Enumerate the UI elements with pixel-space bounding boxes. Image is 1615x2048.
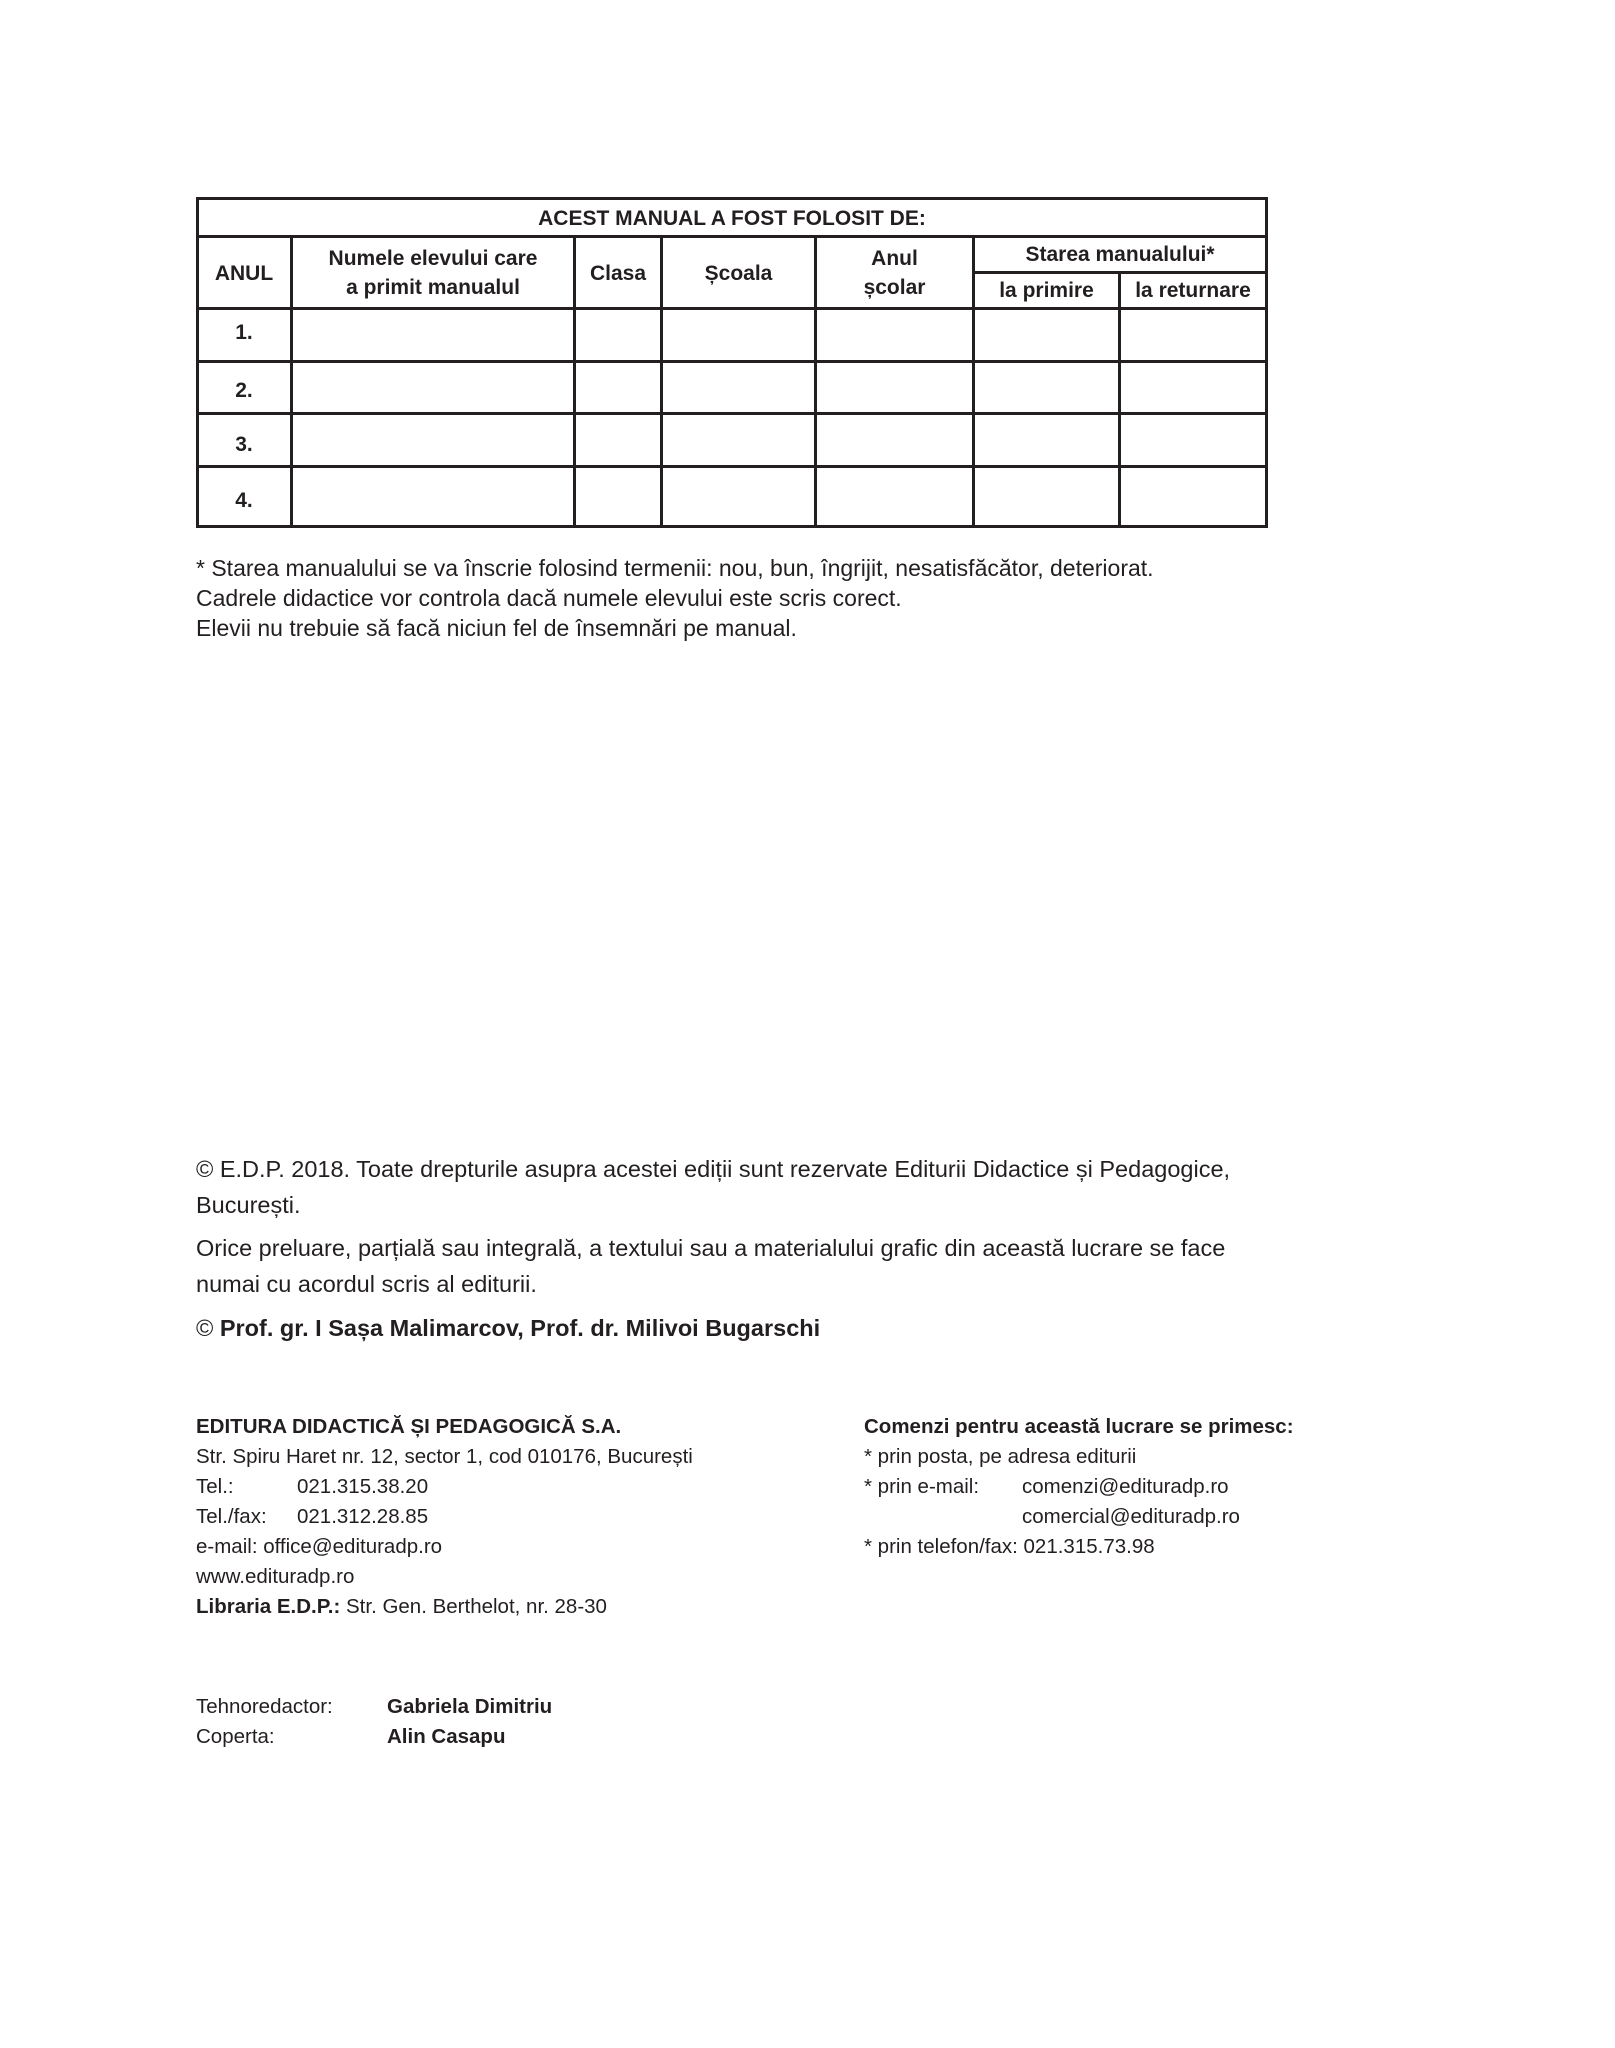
- orders-post: * prin posta, pe adresa editurii: [864, 1442, 1136, 1472]
- publisher-address: Str. Spiru Haret nr. 12, sector 1, cod 0…: [196, 1442, 693, 1472]
- publisher-telfax-label: Tel./fax:: [196, 1502, 267, 1532]
- header-anul: ANUL: [196, 238, 292, 308]
- header-la-primire: la primire: [974, 273, 1119, 308]
- publisher-tel-value: 021.315.38.20: [297, 1472, 428, 1502]
- row-3-anul: 3.: [196, 415, 292, 473]
- copyright-line1: © E.D.P. 2018. Toate drepturile asupra a…: [196, 1156, 1230, 1183]
- row-4-anul: 4.: [196, 468, 292, 532]
- libraria-address: Str. Gen. Berthelot, nr. 28-30: [340, 1595, 607, 1618]
- credit-tehnoredactor-role: Tehnoredactor:: [196, 1692, 333, 1722]
- header-nume-line1: Numele elevului care: [329, 244, 538, 273]
- authors-names: Prof. gr. I Sașa Malimarcov, Prof. dr. M…: [220, 1315, 820, 1341]
- orders-email-1: comenzi@edituradp.ro: [1022, 1472, 1229, 1502]
- credit-coperta-name: Alin Casapu: [387, 1722, 505, 1752]
- table-title: ACEST MANUAL A FOST FOLOSIT DE:: [196, 199, 1268, 237]
- publisher-libraria: Libraria E.D.P.: Str. Gen. Berthelot, nr…: [196, 1592, 607, 1622]
- credit-coperta-role: Coperta:: [196, 1722, 275, 1752]
- header-anul-scolar-line1: Anul: [871, 244, 918, 273]
- footnote-starea: * Starea manualului se va înscrie folosi…: [196, 553, 1154, 583]
- orders-email-label: * prin e-mail:: [864, 1472, 979, 1502]
- orders-email-2: comercial@edituradp.ro: [1022, 1502, 1240, 1532]
- usage-table: ACEST MANUAL A FOST FOLOSIT DE: ANUL Num…: [196, 197, 1268, 528]
- header-la-returnare: la returnare: [1120, 273, 1266, 308]
- header-anul-scolar-line2: școlar: [864, 273, 926, 302]
- header-nume: Numele elevului care a primit manualul: [292, 238, 574, 308]
- copyright-line3: Orice preluare, parțială sau integrală, …: [196, 1235, 1225, 1262]
- publisher-telfax-value: 021.312.28.85: [297, 1502, 428, 1532]
- copyright-line4: numai cu acordul scris al editurii.: [196, 1271, 537, 1298]
- orders-title: Comenzi pentru această lucrare se primes…: [864, 1412, 1294, 1442]
- copyright-line2: București.: [196, 1192, 301, 1219]
- publisher-email: e-mail: office@edituradp.ro: [196, 1532, 442, 1562]
- footnote-cadrele: Cadrele didactice vor controla dacă nume…: [196, 583, 902, 613]
- publisher-website: www.edituradp.ro: [196, 1562, 354, 1592]
- header-anul-scolar: Anul școlar: [816, 238, 973, 308]
- row-1-anul: 1.: [196, 310, 292, 355]
- publisher-tel-label: Tel.:: [196, 1472, 234, 1502]
- header-starea: Starea manualului*: [974, 237, 1266, 272]
- header-scoala: Școala: [662, 238, 815, 308]
- libraria-label: Libraria E.D.P.:: [196, 1595, 340, 1618]
- credit-tehnoredactor-name: Gabriela Dimitriu: [387, 1692, 552, 1722]
- publisher-name: EDITURA DIDACTICĂ ȘI PEDAGOGICĂ S.A.: [196, 1412, 621, 1442]
- footnote-elevii: Elevii nu trebuie să facă niciun fel de …: [196, 613, 797, 643]
- copyright-symbol: ©: [196, 1315, 213, 1341]
- copyright-authors: © Prof. gr. I Sașa Malimarcov, Prof. dr.…: [196, 1315, 820, 1342]
- header-clasa: Clasa: [575, 238, 661, 308]
- orders-phone: * prin telefon/fax: 021.315.73.98: [864, 1532, 1155, 1562]
- header-nume-line2: a primit manualul: [346, 273, 520, 302]
- row-2-anul: 2.: [196, 363, 292, 417]
